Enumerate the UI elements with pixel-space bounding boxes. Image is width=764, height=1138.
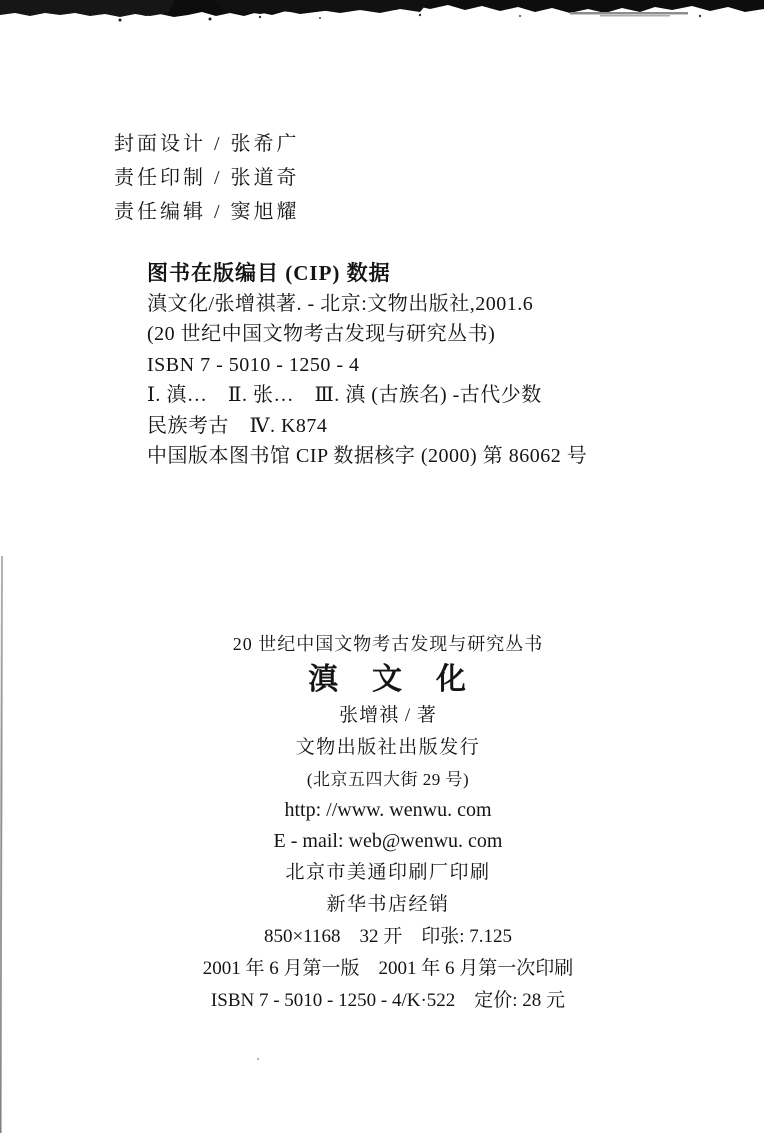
scan-line-artifact [0,556,3,1133]
colophon-block: 20 世纪中国文物考古发现与研究丛书 滇 文 化 张增祺 / 著 文物出版社出版… [12,628,764,1017]
credit-line-responsible-editor: 责任编辑 / 窦旭耀 [114,195,300,229]
cip-classification-line-1: Ⅰ. 滇… Ⅱ. 张… Ⅲ. 滇 (古族名) -古代少数 [147,380,587,411]
email-line: E - mail: web@wenwu. com [12,826,764,857]
edition-line: 2001 年 6 月第一版 2001 年 6 月第一次印刷 [12,953,764,985]
publisher-line: 文物出版社出版发行 [12,732,764,764]
book-copyright-page: 封面设计 / 张希广 责任印制 / 张道奇 责任编辑 / 窦旭耀 图书在版编目 … [0,0,764,1138]
cip-record-number-line: 中国版本图书馆 CIP 数据核字 (2000) 第 86062 号 [147,441,587,472]
torn-edge-graphic [0,0,764,24]
printer-line: 北京市美通印刷厂印刷 [12,857,764,889]
publisher-address-line: (北京五四大街 29 号) [12,764,764,795]
cip-description-line: 滇文化/张增祺著. - 北京:文物出版社,2001.6 [147,289,587,320]
cip-heading: 图书在版编目 (CIP) 数据 [147,258,587,289]
book-title: 滇 文 化 [12,660,764,700]
scan-speck-artifact [257,1058,259,1060]
format-line: 850×1168 32 开 印张: 7.125 [12,921,764,953]
isbn-price-line: ISBN 7 - 5010 - 1250 - 4/K·522 定价: 28 元 [12,985,764,1017]
credit-line-cover-design: 封面设计 / 张希广 [114,127,300,161]
author-line: 张增祺 / 著 [12,700,764,732]
website-line: http: //www. wenwu. com [12,795,764,826]
scan-edge-artifact [0,0,764,24]
cip-isbn-line: ISBN 7 - 5010 - 1250 - 4 [147,350,587,381]
series-title: 20 世纪中国文物考古发现与研究丛书 [12,628,764,660]
cip-classification-line-2: 民族考古 Ⅳ. K874 [147,411,587,442]
distributor-line: 新华书店经销 [12,889,764,921]
cip-series-note-line: (20 世纪中国文物考古发现与研究丛书) [147,319,587,350]
credit-line-print-production: 责任印制 / 张道奇 [114,161,300,195]
staff-credits: 封面设计 / 张希广 责任印制 / 张道奇 责任编辑 / 窦旭耀 [114,127,300,229]
cip-data-block: 图书在版编目 (CIP) 数据 滇文化/张增祺著. - 北京:文物出版社,200… [147,258,587,472]
